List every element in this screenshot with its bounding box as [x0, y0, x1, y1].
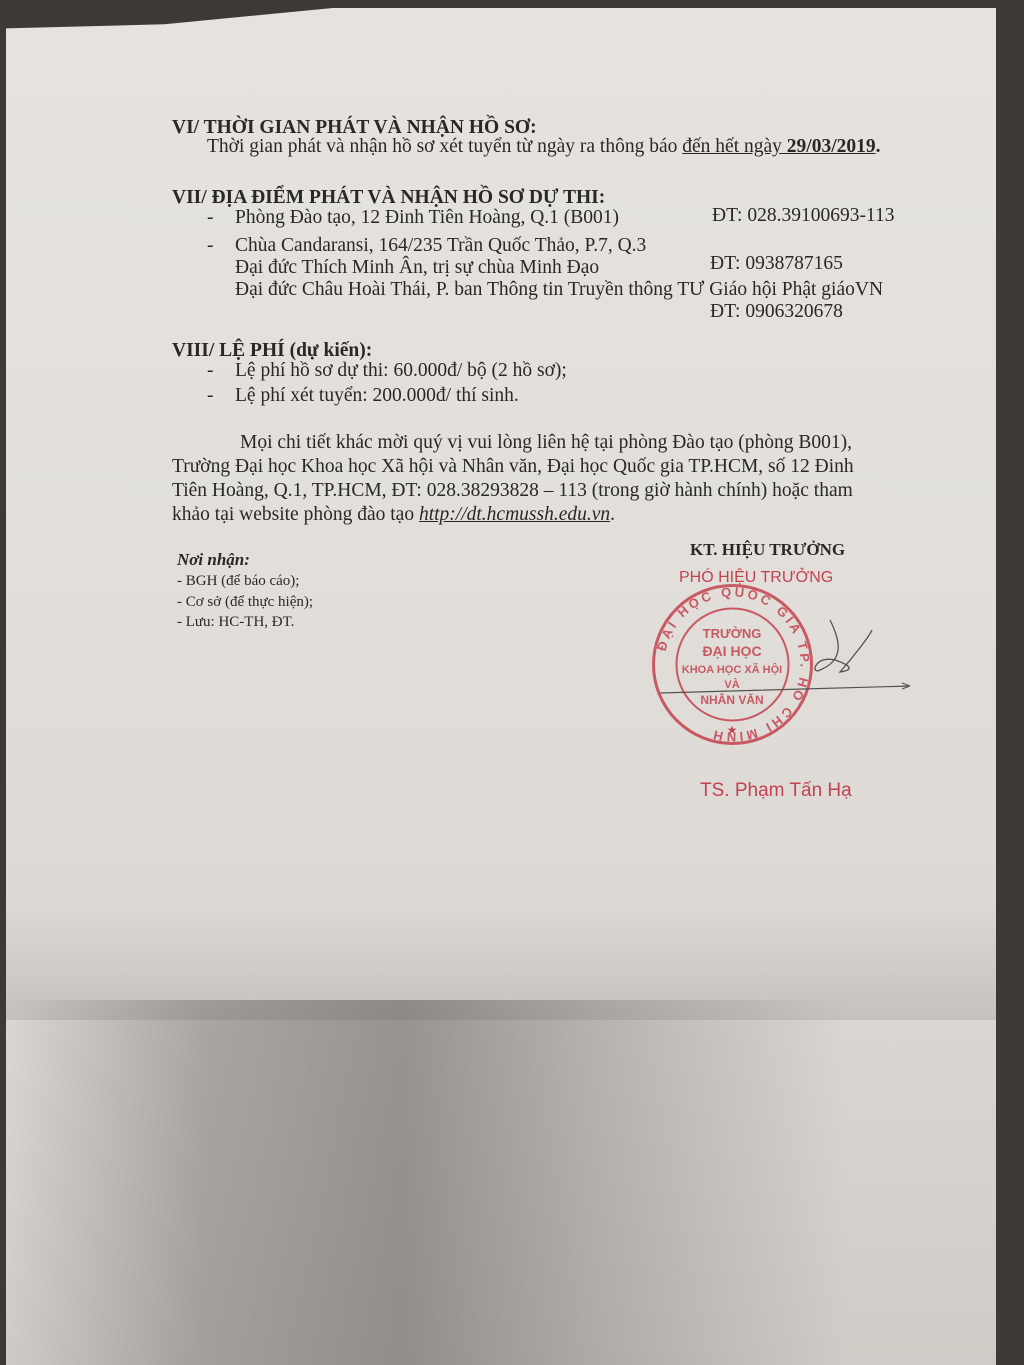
location-phone-1: ĐT: 028.39100693-113 [712, 205, 894, 227]
recipient-item: - BGH (để báo cáo); [177, 573, 299, 590]
contact-line-3: Tiên Hoàng, Q.1, TP.HCM, ĐT: 028.3829382… [172, 480, 853, 502]
fee-text: Lệ phí xét tuyển: 200.000đ/ thí sinh. [235, 385, 519, 406]
section-viii-heading: VIII/ LỆ PHÍ (dự kiến): [172, 340, 372, 362]
line-text: khảo tại website phòng đào tạo [172, 504, 419, 525]
recipient-item: - Cơ sở (để thực hiện); [177, 594, 313, 611]
period: . [876, 136, 881, 157]
period: . [610, 504, 615, 525]
fee-text: Lệ phí hồ sơ dự thi: 60.000đ/ bộ (2 hồ s… [235, 360, 567, 381]
contact-1-phone: ĐT: 0938787165 [710, 253, 843, 275]
bullet-dash: - [207, 385, 235, 407]
heading-rest: (dự kiến): [285, 340, 373, 361]
fee-item-2: -Lệ phí xét tuyển: 200.000đ/ thí sinh. [207, 385, 519, 407]
location-item-1: -Phòng Đào tạo, 12 Đinh Tiên Hoàng, Q.1 … [207, 207, 619, 229]
underlined-text: đến hết ngày [682, 136, 782, 157]
location-text: Chùa Candaransi, 164/235 Trần Quốc Thảo,… [235, 235, 646, 256]
bullet-dash: - [207, 235, 235, 257]
contact-2: Đại đức Châu Hoài Thái, P. ban Thông tin… [235, 279, 883, 301]
handwritten-signature [640, 600, 940, 720]
fee-item-1: -Lệ phí hồ sơ dự thi: 60.000đ/ bộ (2 hồ … [207, 360, 567, 382]
section-vii-heading: VII/ ĐỊA ĐIỂM PHÁT VÀ NHẬN HỒ SƠ DỰ THI: [172, 187, 605, 209]
recipients-title: Nơi nhận: [177, 550, 250, 570]
location-text: Phòng Đào tạo, 12 Đinh Tiên Hoàng, Q.1 (… [235, 207, 619, 228]
location-item-2: -Chùa Candaransi, 164/235 Trần Quốc Thảo… [207, 235, 646, 257]
website-link[interactable]: http://dt.hcmussh.edu.vn [419, 504, 610, 525]
signature-title: KT. HIỆU TRƯỞNG [690, 540, 845, 560]
bullet-dash: - [207, 360, 235, 382]
contact-1: Đại đức Thích Minh Ân, trị sự chùa Minh … [235, 257, 599, 279]
body-text: Thời gian phát và nhận hồ sơ xét tuyển t… [207, 136, 682, 157]
heading-bold: VIII/ LỆ PHÍ [172, 340, 285, 361]
contact-line-4: khảo tại website phòng đào tạo http://dt… [172, 504, 615, 526]
recipient-item: - Lưu: HC-TH, ĐT. [177, 614, 294, 631]
star-icon: ★ [727, 723, 738, 737]
section-vi-body: Thời gian phát và nhận hồ sơ xét tuyển t… [207, 136, 881, 158]
contact-line-2: Trường Đại học Khoa học Xã hội và Nhân v… [172, 456, 854, 478]
contact-2-phone: ĐT: 0906320678 [710, 301, 843, 323]
contact-line-1: Mọi chi tiết khác mời quý vị vui lòng li… [240, 432, 852, 454]
bullet-dash: - [207, 207, 235, 229]
deadline-date: 29/03/2019 [782, 136, 876, 157]
signer-name: TS. Phạm Tấn Hạ [700, 780, 852, 802]
